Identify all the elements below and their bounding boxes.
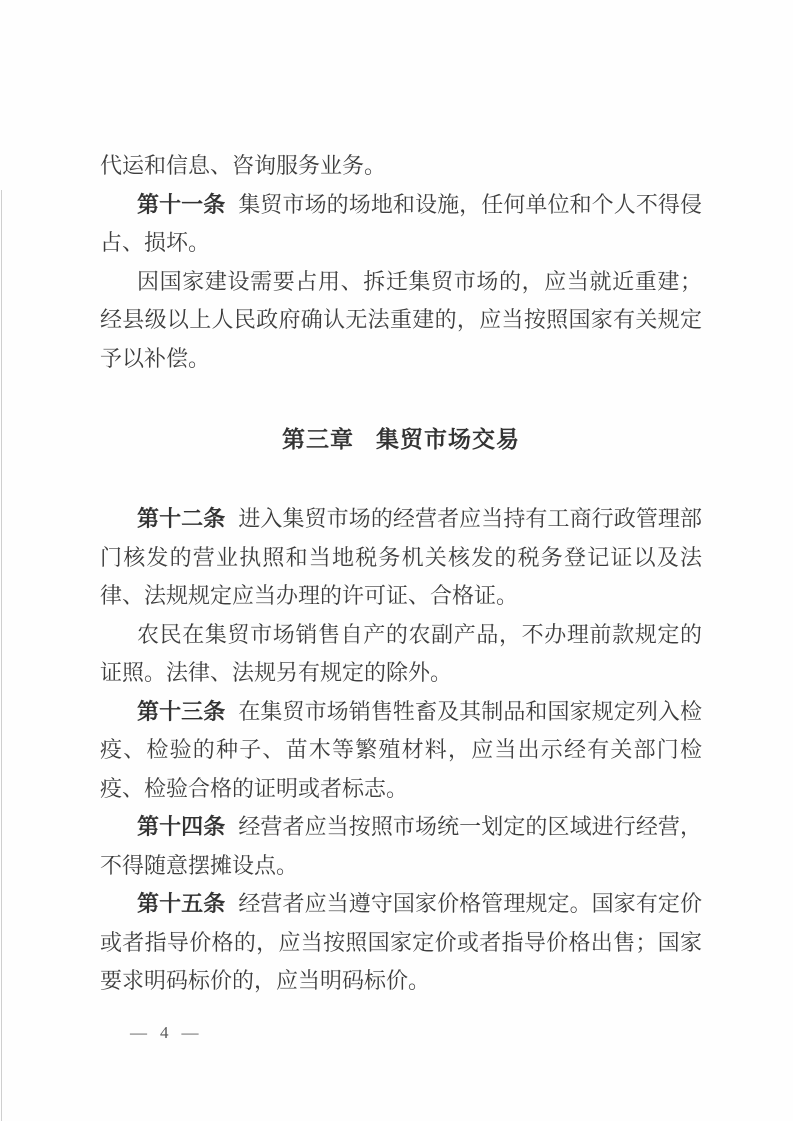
chapter-number: 第三章 bbox=[282, 426, 354, 452]
chapter-heading: 第三章集贸市场交易 bbox=[100, 420, 702, 458]
article-11: 第十一条集贸市场的场地和设施，任何单位和个人不得侵占、损坏。 bbox=[100, 186, 702, 263]
article-13: 第十三条在集贸市场销售牲畜及其制品和国家规定列入检疫、检验的种子、苗木等繁殖材料… bbox=[100, 693, 702, 809]
article-11-number: 第十一条 bbox=[137, 192, 225, 217]
document-page: 代运和信息、咨询服务业务。 第十一条集贸市场的场地和设施，任何单位和个人不得侵占… bbox=[0, 0, 793, 1121]
article-11-paragraph-2: 因国家建设需要占用、拆迁集贸市场的，应当就近重建；经县级以上人民政府确认无法重建… bbox=[100, 263, 702, 379]
article-12-number: 第十二条 bbox=[137, 506, 225, 531]
article-13-number: 第十三条 bbox=[137, 699, 225, 724]
article-15: 第十五条经营者应当遵守国家价格管理规定。国家有定价或者指导价格的，应当按照国家定… bbox=[100, 885, 702, 1001]
paragraph-continuation: 代运和信息、咨询服务业务。 bbox=[100, 147, 702, 186]
page-footer: — 4 — bbox=[130, 1023, 199, 1043]
footer-dash-left: — bbox=[130, 1023, 147, 1043]
footer-dash-right: — bbox=[182, 1023, 199, 1043]
article-14: 第十四条经营者应当按照市场统一划定的区域进行经营，不得随意摆摊设点。 bbox=[100, 808, 702, 885]
chapter-title: 集贸市场交易 bbox=[376, 426, 520, 452]
article-12-paragraph-2: 农民在集贸市场销售自产的农副产品，不办理前款规定的证照。法律、法规另有规定的除外… bbox=[100, 616, 702, 693]
document-body: 代运和信息、咨询服务业务。 第十一条集贸市场的场地和设施，任何单位和个人不得侵占… bbox=[100, 147, 702, 1001]
page-number: 4 bbox=[160, 1023, 169, 1043]
article-15-number: 第十五条 bbox=[137, 891, 225, 916]
scan-edge-artifact bbox=[1, 190, 2, 1121]
article-12: 第十二条进入集贸市场的经营者应当持有工商行政管理部门核发的营业执照和当地税务机关… bbox=[100, 500, 702, 616]
article-14-number: 第十四条 bbox=[137, 814, 225, 839]
